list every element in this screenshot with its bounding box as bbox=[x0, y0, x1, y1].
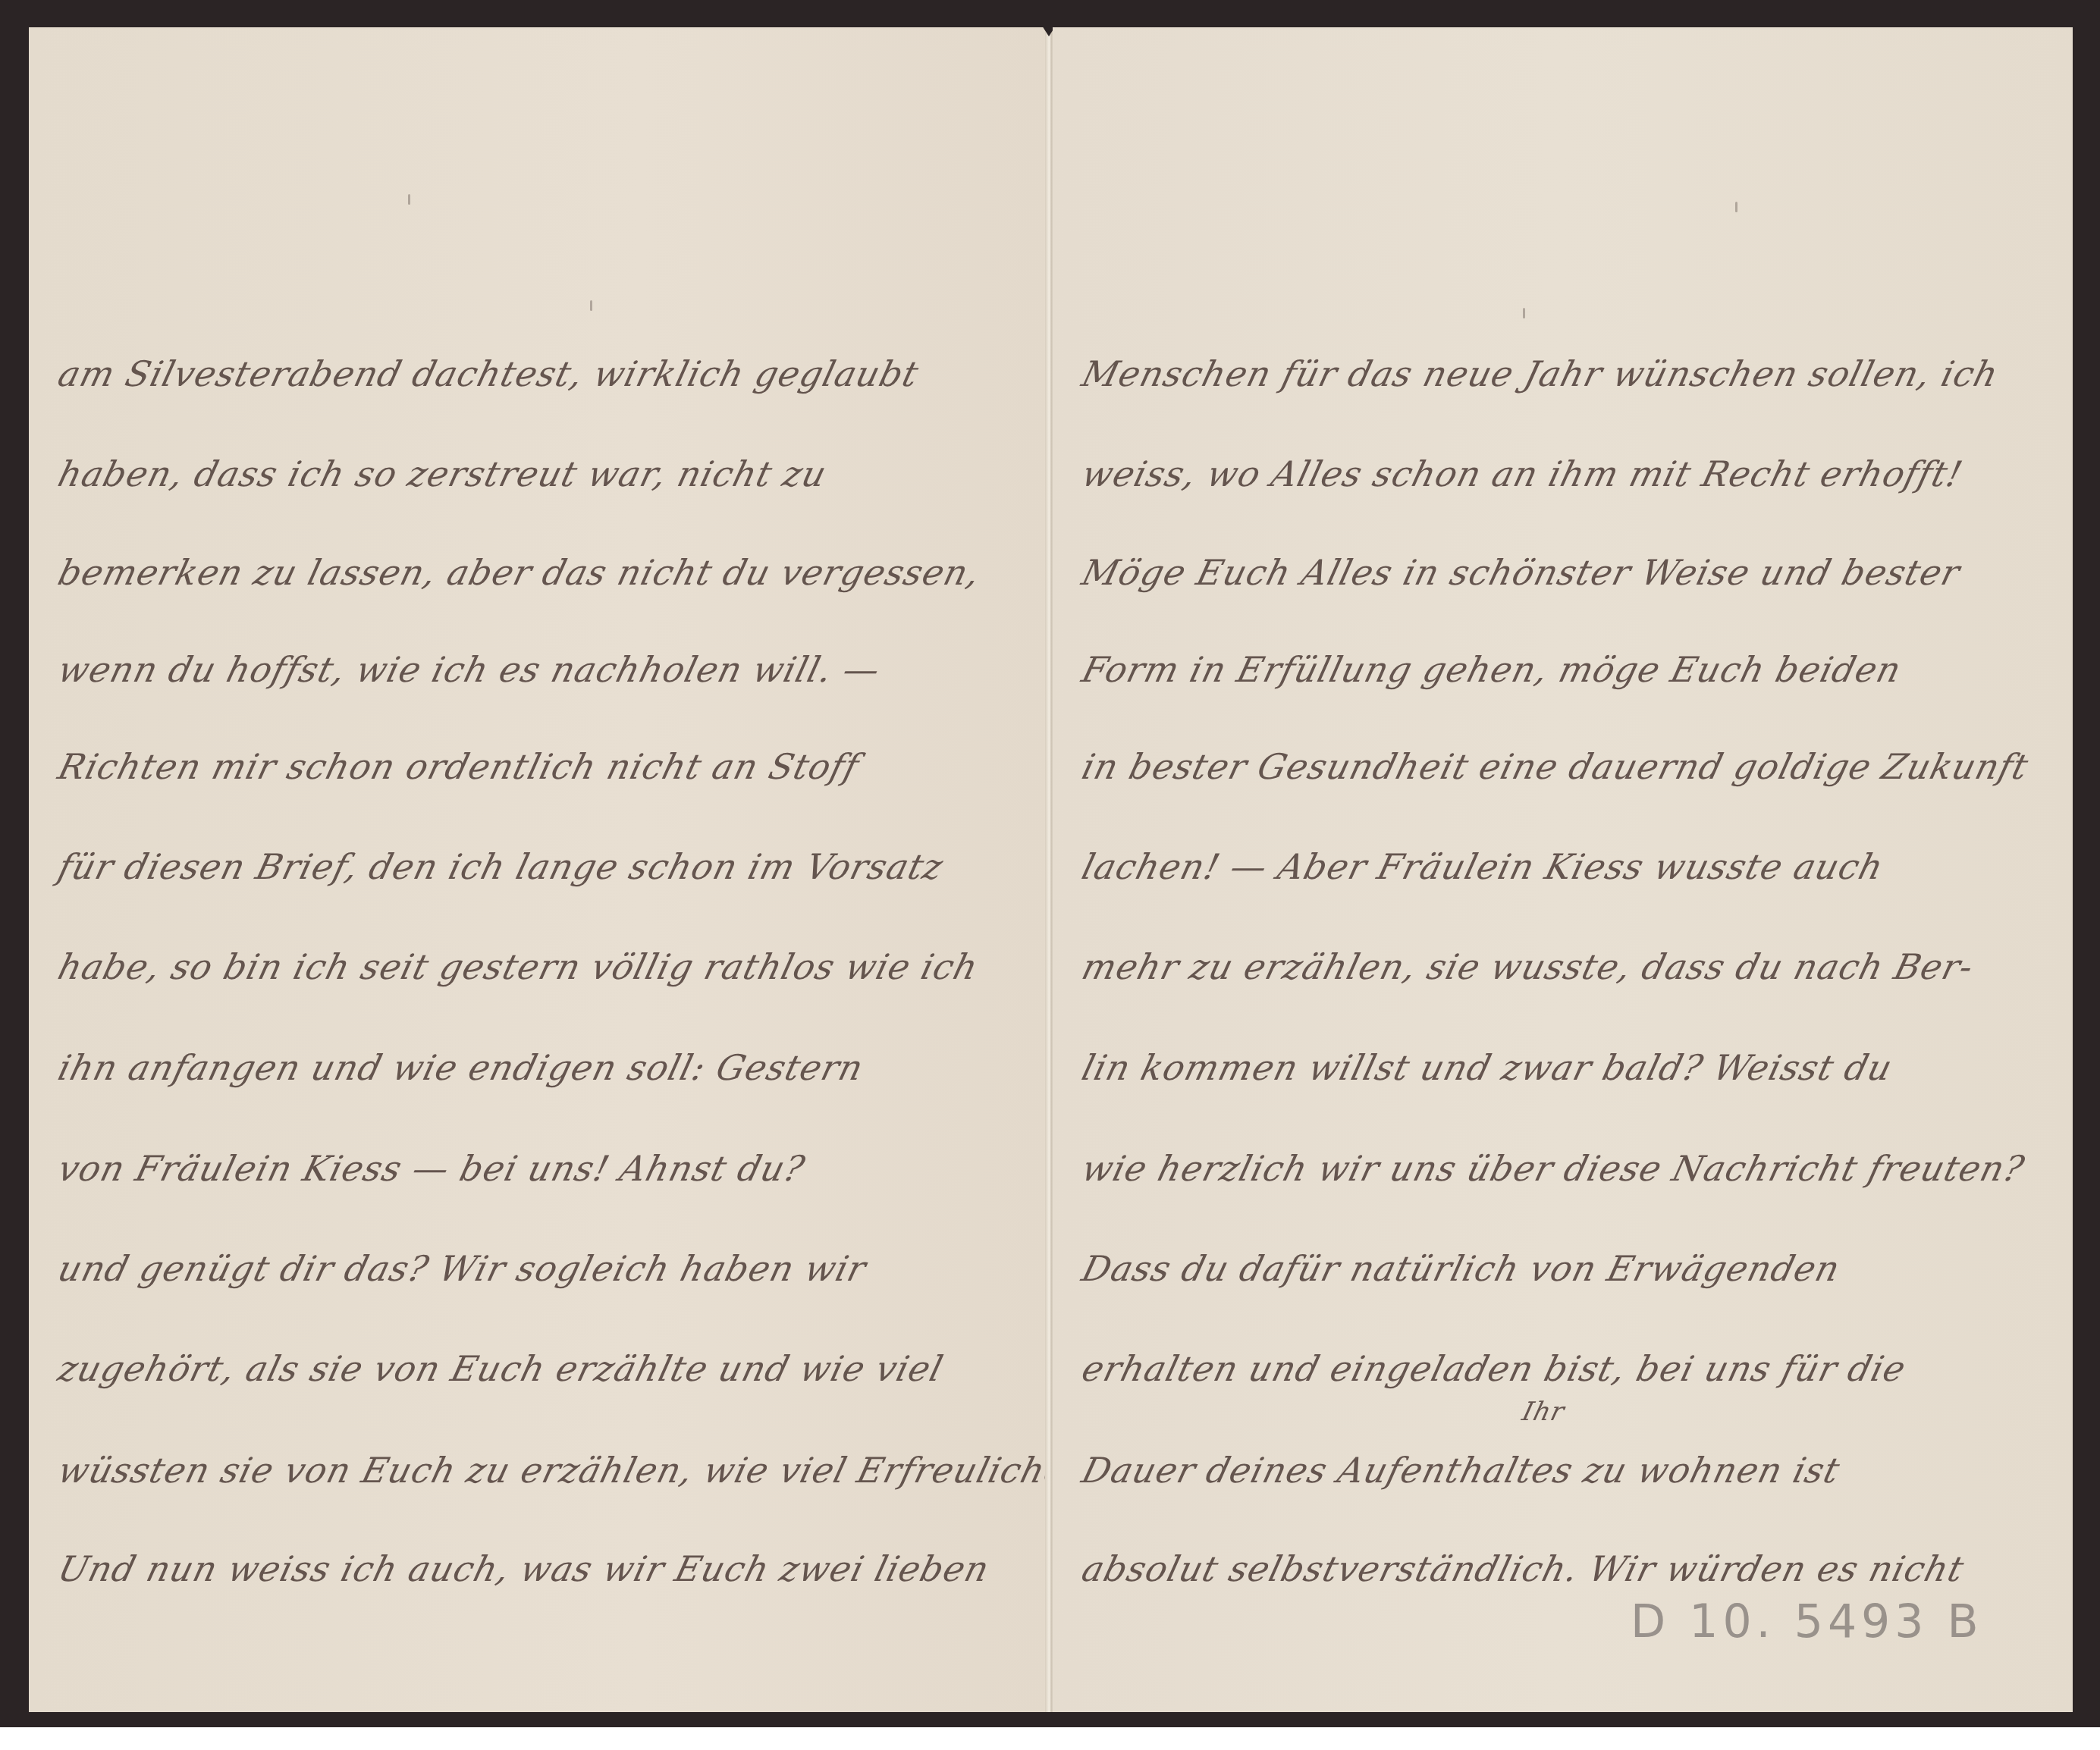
letter-line: Menschen für das neue Jahr wünschen soll… bbox=[1078, 353, 2003, 394]
letter-line: habe, so bin ich seit gestern völlig rat… bbox=[54, 946, 982, 987]
letter-line: bemerken zu lassen, aber das nicht du ve… bbox=[54, 552, 984, 593]
letter-line: Dauer deines Aufenthaltes zu wohnen ist bbox=[1078, 1450, 1844, 1491]
letter-line: Dass du dafür natürlich von Erwägenden bbox=[1078, 1248, 1844, 1289]
letter-line: Richten mir schon ordentlich nicht an St… bbox=[54, 746, 863, 787]
letter-line: für diesen Brief, den ich lange schon im… bbox=[54, 846, 948, 887]
paper-speck bbox=[1735, 202, 1737, 212]
letter-line: von Fräulein Kiess — bei uns! Ahnst du? bbox=[54, 1148, 809, 1189]
left-page: am Silvesterabend dachtest, wirklich geg… bbox=[29, 27, 1048, 1712]
letter-line: lin kommen willst und zwar bald? Weisst … bbox=[1078, 1047, 1897, 1088]
letter-line: Und nun weiss ich auch, was wir Euch zwe… bbox=[54, 1548, 993, 1589]
right-page-text: Menschen für das neue Jahr wünschen soll… bbox=[1053, 27, 2073, 1712]
right-page: Menschen für das neue Jahr wünschen soll… bbox=[1053, 27, 2073, 1712]
letter-line: lachen! — Aber Fräulein Kiess wusste auc… bbox=[1078, 846, 1888, 887]
letter-line: in bester Gesundheit eine dauernd goldig… bbox=[1078, 746, 2033, 787]
letter-line: wüssten sie von Euch zu erzählen, wie vi… bbox=[54, 1450, 1104, 1491]
letter-sheet: am Silvesterabend dachtest, wirklich geg… bbox=[29, 27, 2073, 1712]
paper-speck bbox=[590, 300, 592, 311]
letter-line: wenn du hoffst, wie ich es nachholen wil… bbox=[54, 649, 884, 690]
letter-line: haben, dass ich so zerstreut war, nicht … bbox=[54, 453, 831, 494]
letter-line: und genügt dir das? Wir sogleich haben w… bbox=[54, 1248, 871, 1289]
paper-speck bbox=[408, 194, 410, 205]
paper-speck bbox=[1523, 308, 1525, 318]
letter-line: Form in Erfüllung gehen, möge Euch beide… bbox=[1078, 649, 1906, 690]
letter-line: am Silvesterabend dachtest, wirklich geg… bbox=[54, 353, 923, 394]
letter-line: zugehört, als sie von Euch erzählte und … bbox=[54, 1348, 947, 1389]
archive-shelfmark: D 10. 5493 B bbox=[1631, 1595, 1983, 1648]
letter-line: weiss, wo Alles schon an ihm mit Recht e… bbox=[1078, 453, 1967, 494]
letter-line: Möge Euch Alles in schönster Weise und b… bbox=[1078, 552, 1964, 593]
letter-line: ihn anfangen und wie endigen soll: Geste… bbox=[54, 1047, 868, 1088]
interlinear-insertion: Ihr bbox=[1519, 1397, 1568, 1427]
letter-line: erhalten und eingeladen bist, bei uns fü… bbox=[1078, 1348, 1910, 1389]
letter-line: mehr zu erzählen, sie wusste, dass du na… bbox=[1078, 946, 1978, 987]
letter-line: wie herzlich wir uns über diese Nachrich… bbox=[1078, 1148, 2029, 1189]
left-page-text: am Silvesterabend dachtest, wirklich geg… bbox=[29, 27, 1048, 1712]
letter-line: absolut selbstverständlich. Wir würden e… bbox=[1078, 1548, 1968, 1589]
